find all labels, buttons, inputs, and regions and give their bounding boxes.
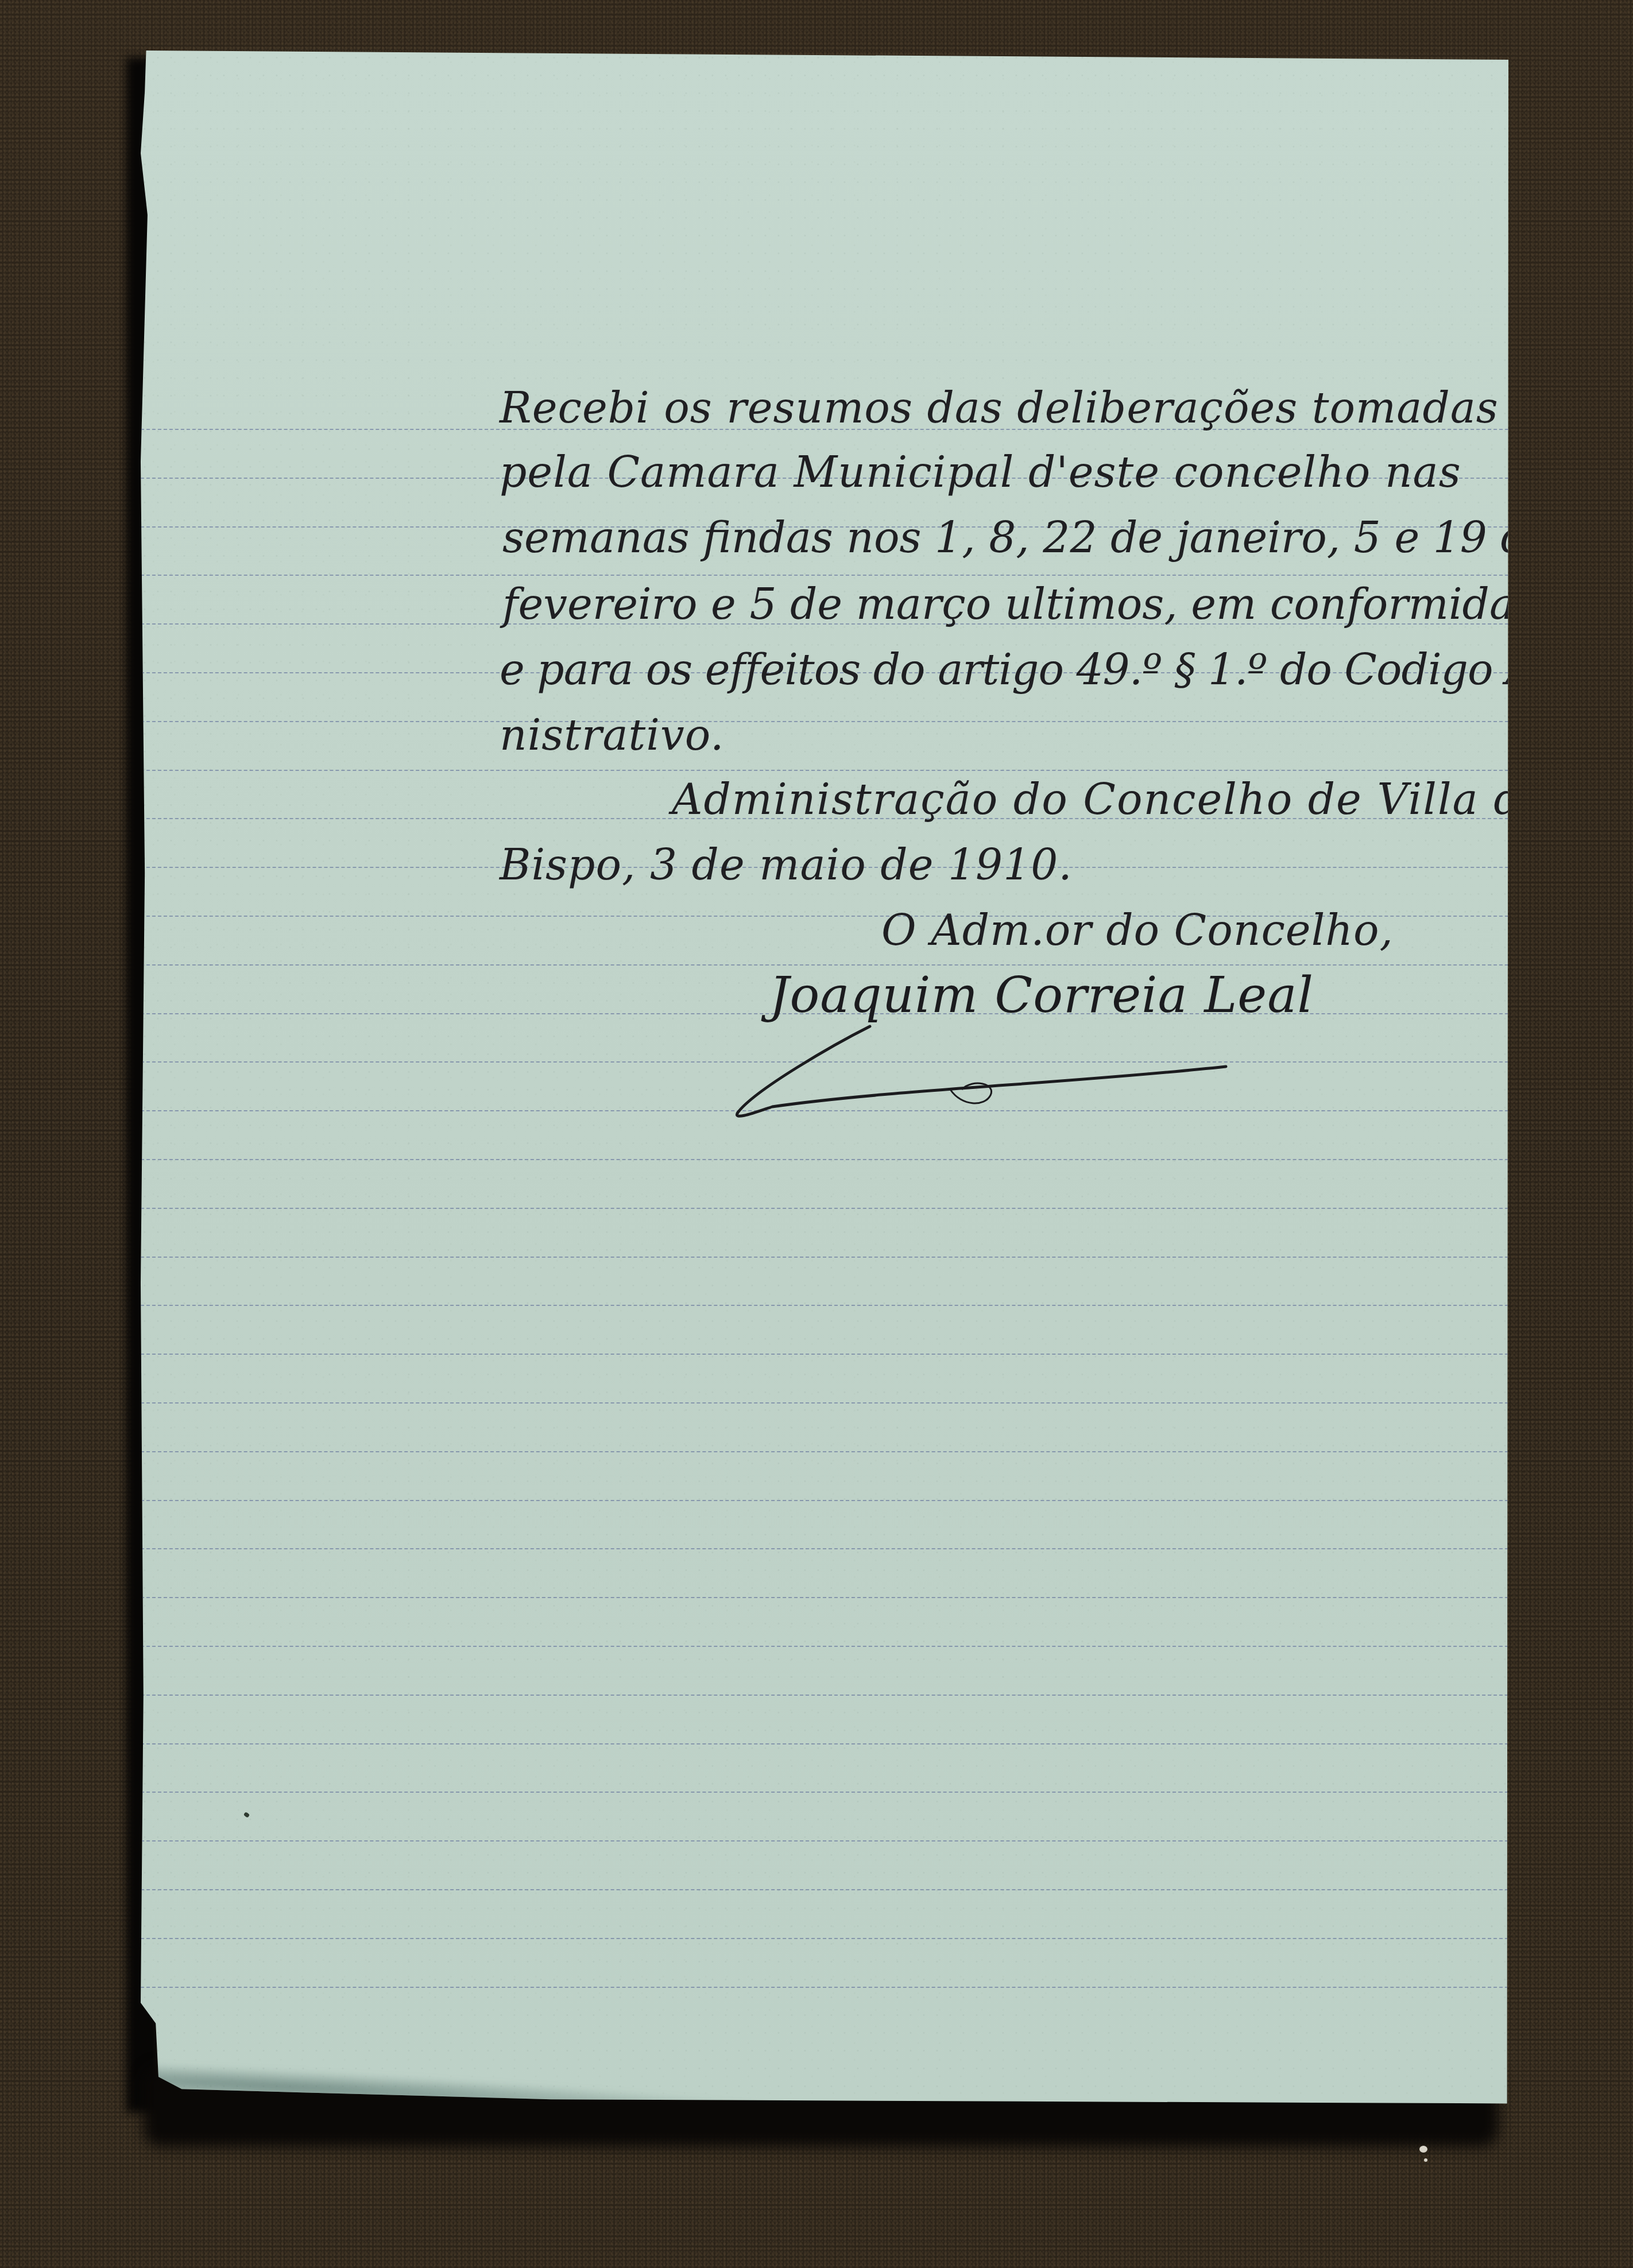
body-line-2: pela Camara Municipal d'este concelho na… <box>500 448 1461 497</box>
ruled-line <box>141 1548 1508 1549</box>
ink-speck <box>243 1812 250 1818</box>
background-speck <box>1419 2146 1427 2153</box>
closing-title: O Adm.or do Concelho, <box>881 906 1394 955</box>
ruled-line <box>141 1451 1508 1452</box>
body-line-1: Recebi os resumos das deliberações tomad… <box>500 383 1499 433</box>
ruled-line <box>141 964 1508 966</box>
ruled-line <box>141 1402 1508 1404</box>
letter-sheet: Recebi os resumos das deliberações tomad… <box>141 51 1508 2106</box>
ruled-line <box>141 1987 1508 1988</box>
background-speck <box>1424 2158 1427 2162</box>
ruled-line <box>141 1257 1508 1258</box>
signature-flourish-icon <box>721 1021 1306 1118</box>
ruled-line <box>141 1938 1508 1939</box>
ruled-line <box>141 1159 1508 1160</box>
place-line: Administração do Concelho de Villa do <box>672 775 1549 824</box>
body-line-5: e para os effeitos do artigo 49.º § 1.º … <box>500 645 1629 695</box>
body-line-3: semanas findas nos 1, 8, 22 de janeiro, … <box>502 513 1553 563</box>
ruled-line <box>141 1208 1508 1209</box>
ruled-line <box>141 1305 1508 1306</box>
signature: Joaquim Correia Leal <box>769 967 1314 1024</box>
ruled-line <box>141 1792 1508 1793</box>
body-line-6: nistrativo. <box>500 711 725 760</box>
ruled-line <box>141 575 1508 576</box>
ruled-line <box>141 721 1508 722</box>
ruled-line <box>141 1500 1508 1501</box>
ruled-line <box>141 1354 1508 1355</box>
body-line-4: fevereiro e 5 de março ultimos, em confo… <box>502 580 1567 629</box>
ruled-line <box>141 1597 1508 1598</box>
ruled-line <box>141 1889 1508 1890</box>
ruled-line <box>141 1743 1508 1744</box>
ruled-line <box>141 1695 1508 1696</box>
ruled-line <box>141 770 1508 771</box>
ruled-line <box>141 1646 1508 1647</box>
ruled-line <box>141 1840 1508 1841</box>
date-line: Bispo, 3 de maio de 1910. <box>500 840 1073 890</box>
